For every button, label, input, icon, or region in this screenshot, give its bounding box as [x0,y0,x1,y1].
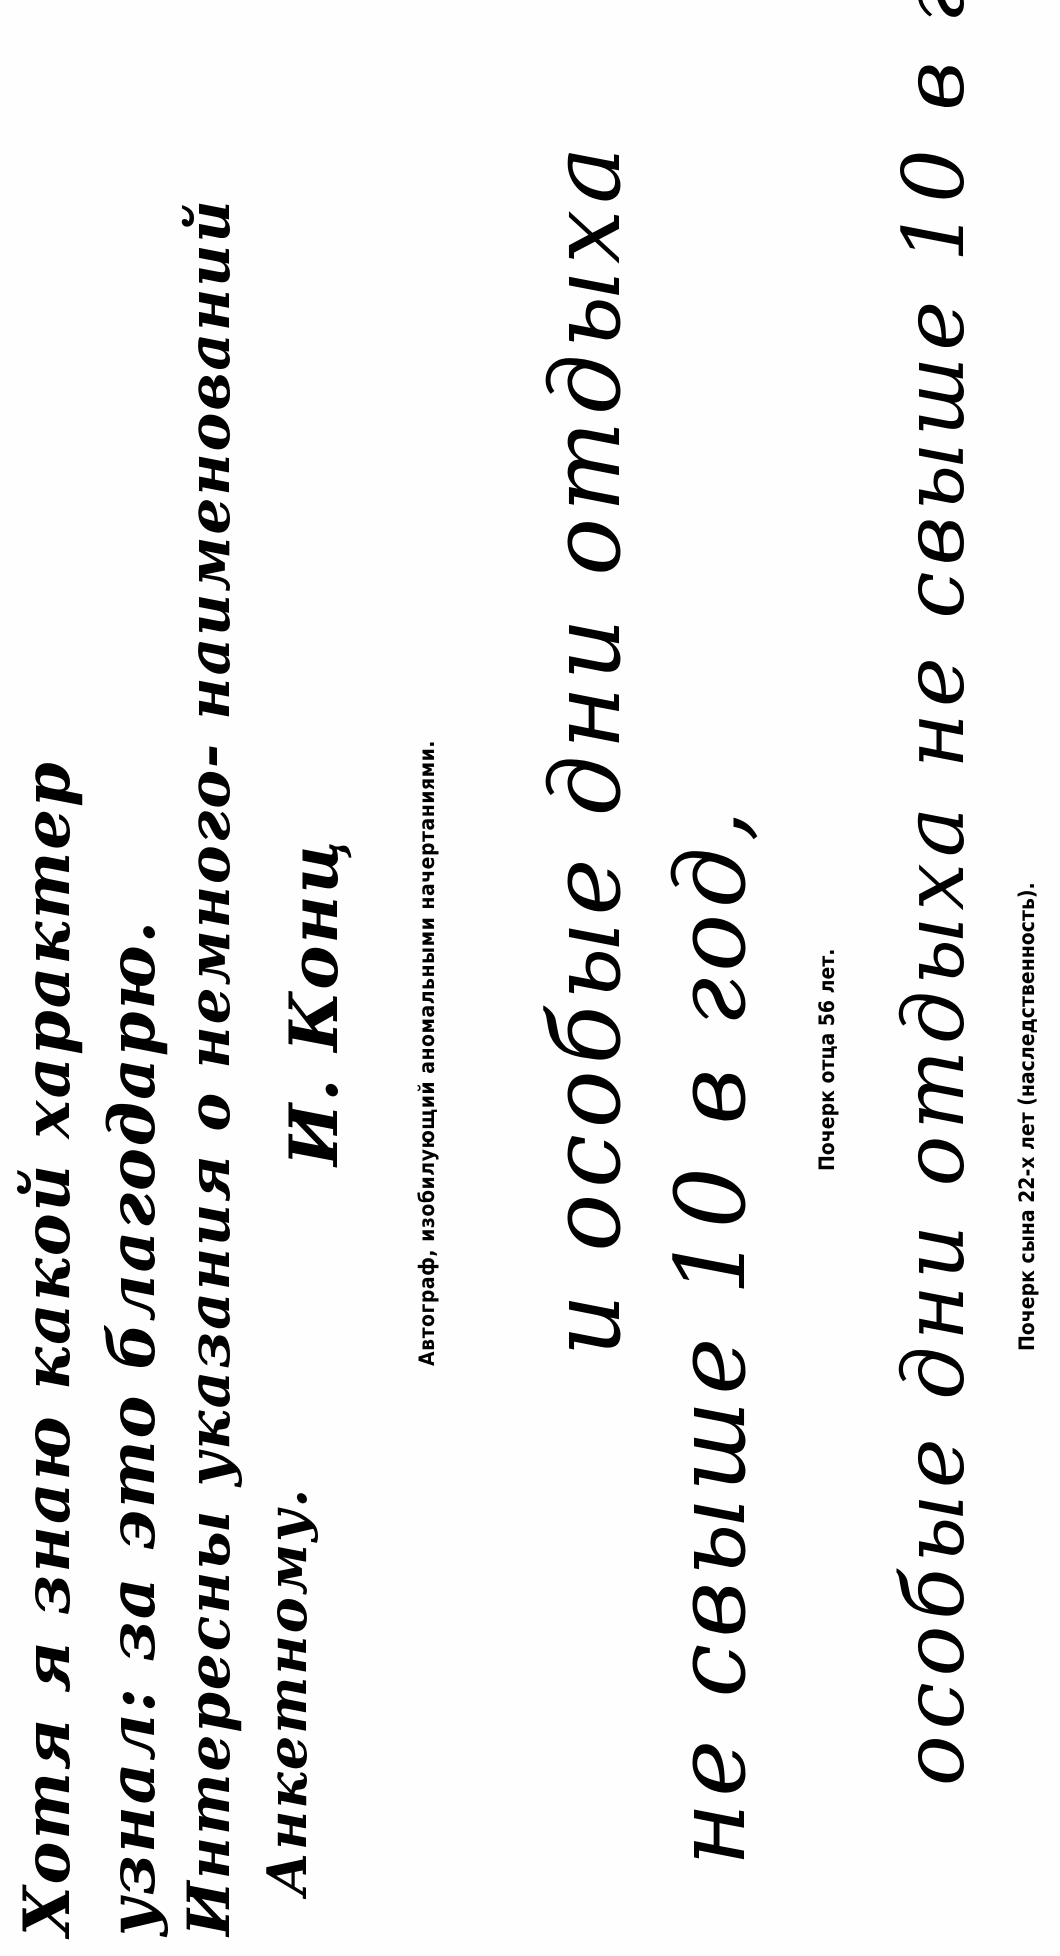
autograph-line-3: Интересны указания о немного- наименован… [175,198,243,1936]
scanned-page: Хотя я знаю какой характер узнал: за это… [0,0,1060,1956]
father-handwriting-line-2: не свыше 10 в год, [655,805,767,1866]
autograph-line-2: узнал: за это благодарю. [95,919,170,1936]
autograph-line-1: Хотя я знаю какой характер [10,760,85,1936]
caption-autograph: Автограф, изобилующий аномальными начерт… [415,740,439,1366]
autograph-signature: И. Конц [275,839,353,1167]
caption-father: Почерк отца 56 лет. [815,949,839,1171]
autograph-line-4: Анкетному. [255,1487,319,1896]
rotated-content: Хотя я знаю какой характер узнал: за это… [0,0,1060,1956]
father-handwriting-line-1: и особые дни отдыха [530,141,642,1356]
caption-son: Почерк сына 22-х лет (наследственность). [1015,882,1039,1351]
son-handwriting-line: особые дни отдыха не свыше 10 в год , [885,0,983,1786]
